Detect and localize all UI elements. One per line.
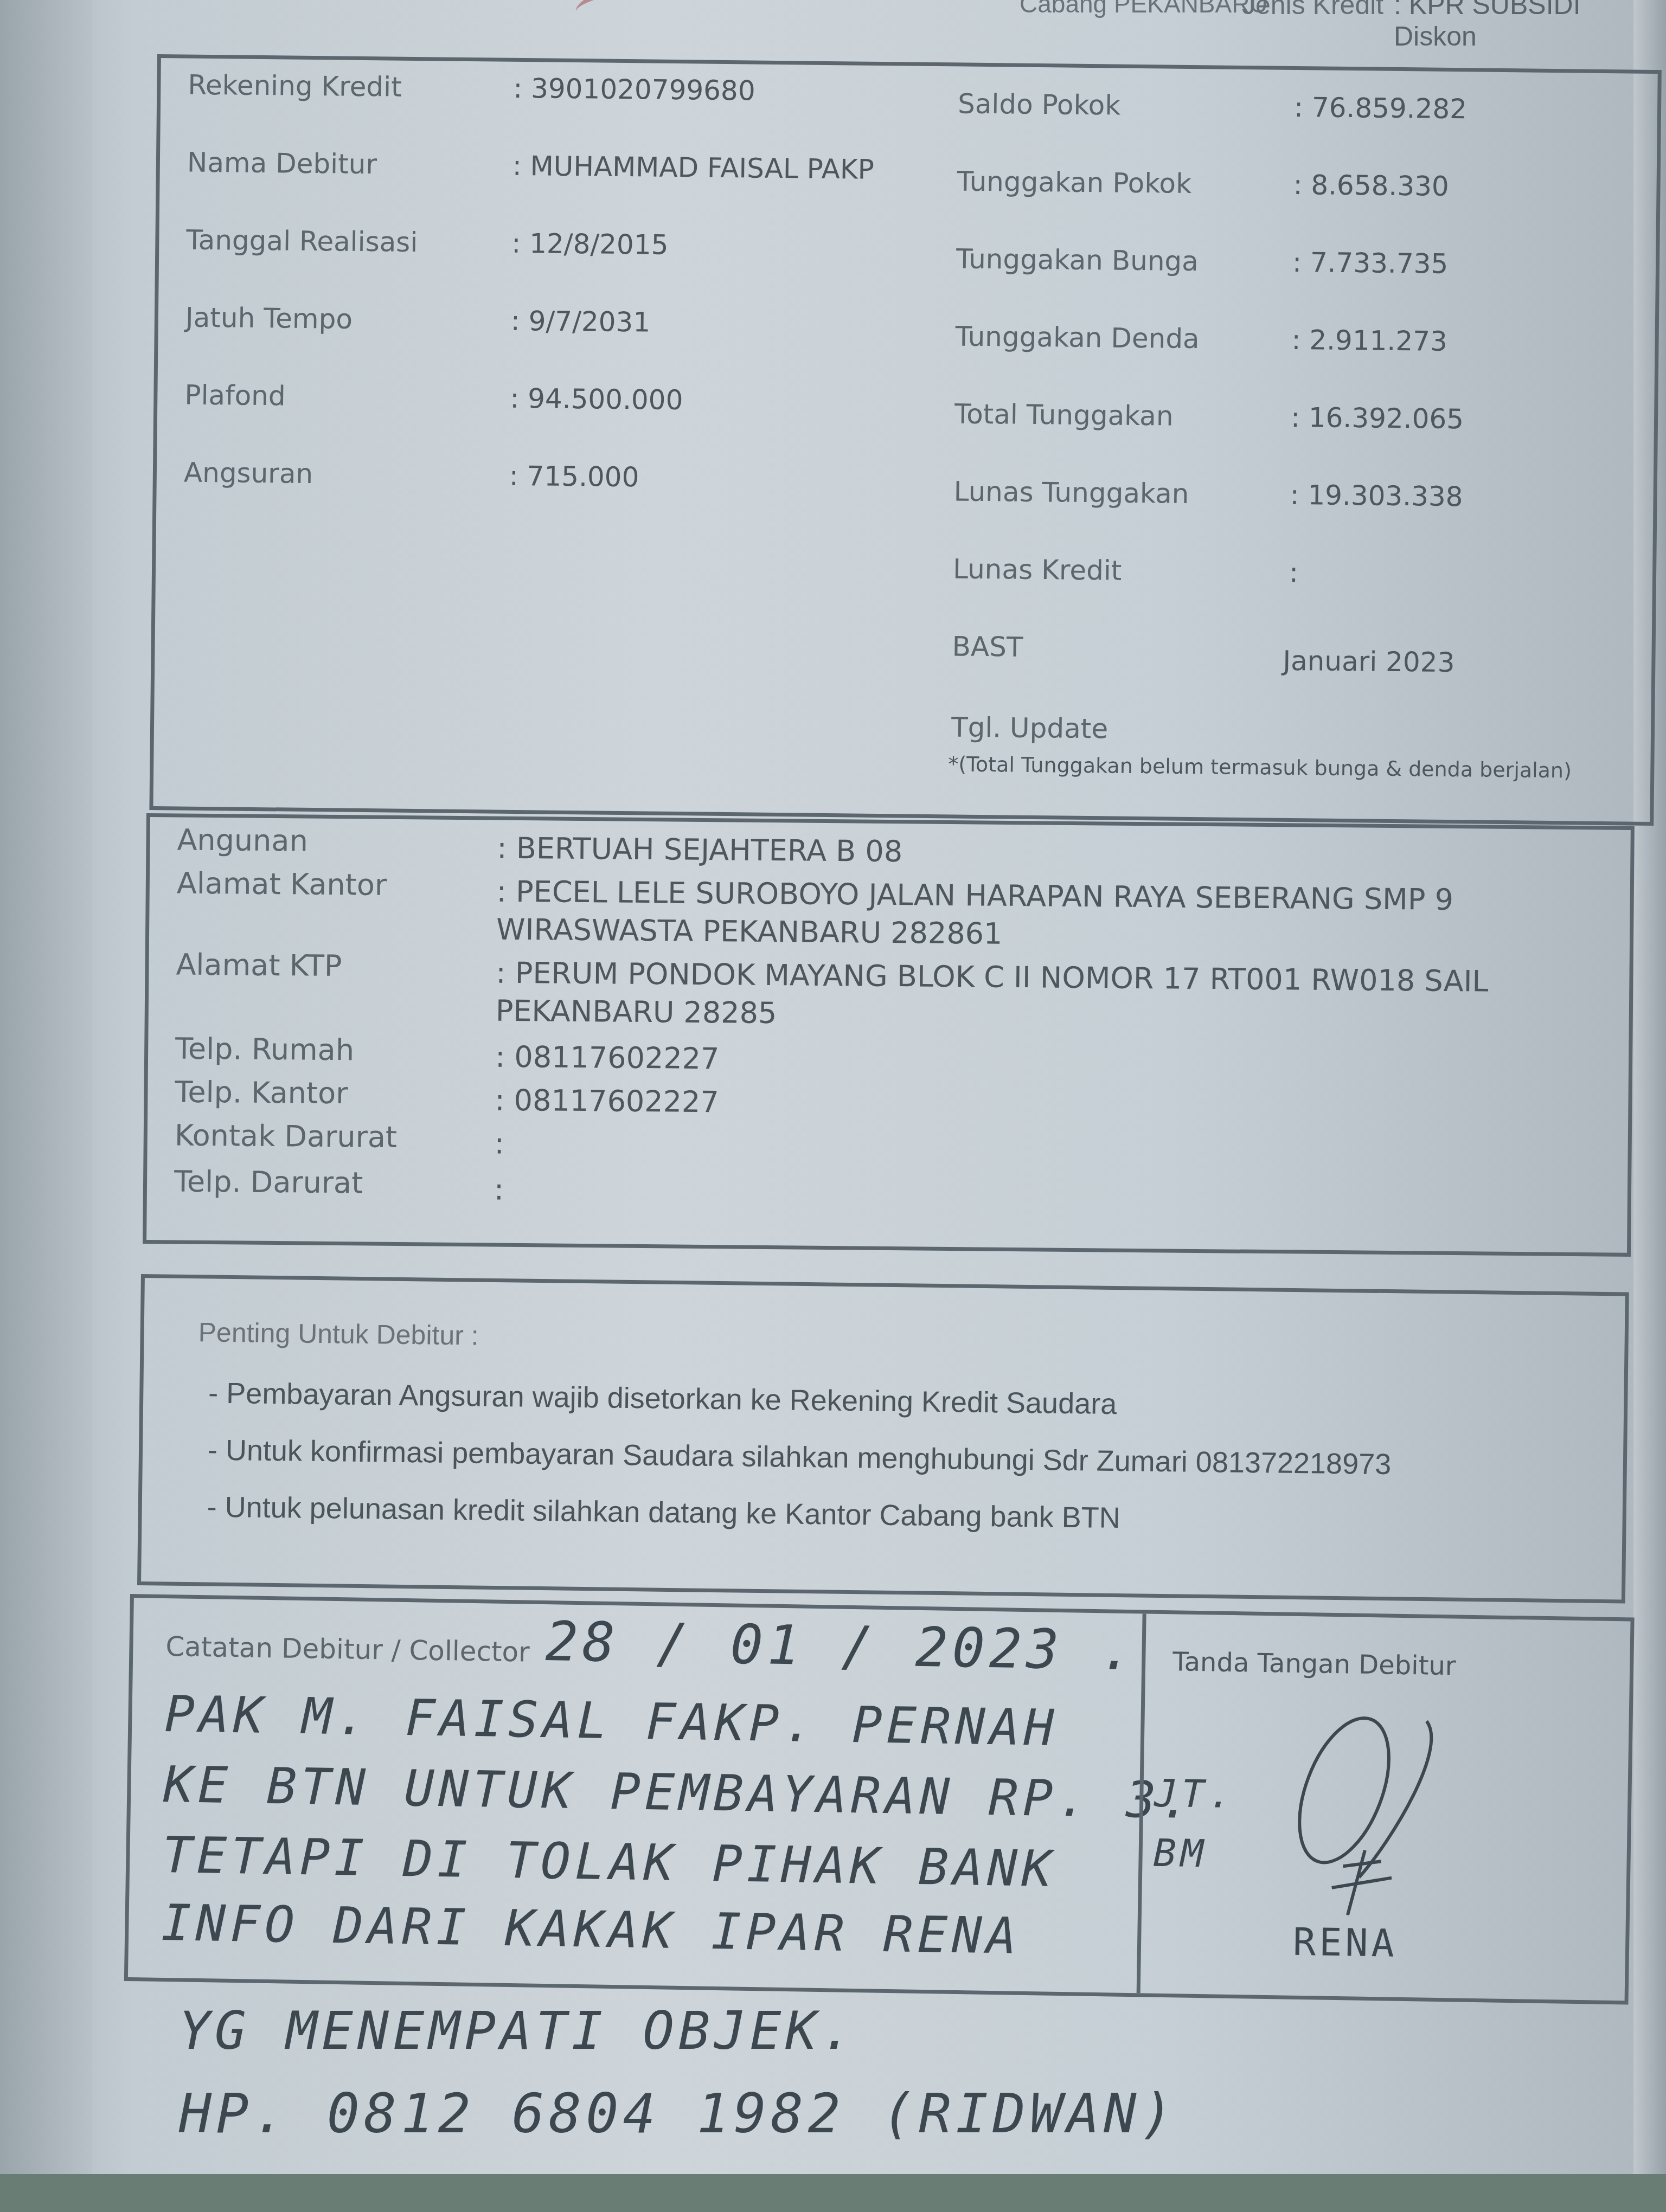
- important-note: - Untuk pelunasan kredit silahkan datang…: [207, 1490, 1120, 1535]
- jenis-kredit-label: Jenis Kredit: [1242, 0, 1383, 21]
- jenis-kredit-value: : KPR SUBSIDI Diskon: [1394, 0, 1659, 52]
- signature-title: Tanda Tangan Debitur: [1172, 1647, 1456, 1681]
- handwritten-line: PAK M. FAISAL FAKP. PERNAH: [164, 1685, 1059, 1757]
- handwritten-line: INFO DARI KAKAK IPAR RENA: [161, 1894, 1021, 1965]
- handwritten-line-below: YG MENEMPATI OBJEK.: [179, 2001, 857, 2061]
- loan-footnote: *(Total Tunggakan belum termasuk bunga &…: [948, 752, 1572, 782]
- important-title: Penting Untuk Debitur :: [198, 1316, 479, 1351]
- handwritten-date: 28 / 01 / 2023 .: [545, 1610, 1138, 1682]
- branch-label: Cabang PEKANBARU: [1020, 0, 1268, 18]
- margin-note: JT.: [1154, 1771, 1236, 1817]
- handwritten-line: KE BTN UNTUK PEMBAYARAN RP. 3.: [163, 1756, 1195, 1830]
- signature-scribble-icon: [1283, 1713, 1459, 1922]
- document-header: Cabang PEKANBARU Jenis Kredit : KPR SUBS…: [163, 0, 1659, 49]
- signature-column: Tanda Tangan Debitur JT. BM RENA: [1137, 1613, 1629, 2001]
- important-note: - Untuk konfirmasi pembayaran Saudara si…: [208, 1433, 1392, 1482]
- paper-shadow-left: [0, 0, 92, 2212]
- bank-logo-mark: [573, 0, 685, 26]
- handwritten-line: TETAPI DI TOLAK PIHAK BANK: [162, 1826, 1057, 1898]
- margin-note: BM: [1153, 1831, 1208, 1876]
- signature-name: RENA: [1293, 1920, 1398, 1966]
- collector-notes-box: Catatan Debitur / Collector 28 / 01 / 20…: [124, 1594, 1635, 2004]
- important-notes-box: Penting Untuk Debitur : - Pembayaran Ang…: [137, 1274, 1629, 1603]
- notes-title: Catatan Debitur / Collector: [165, 1631, 530, 1668]
- collateral-contact-box: Angunan: BERTUAH SEJAHTERA B 08 Alamat K…: [143, 813, 1635, 1257]
- loan-details-box: Rekening Kredit: 3901020799680 Nama Debi…: [149, 54, 1661, 826]
- table-surface: [0, 2174, 1666, 2212]
- important-note: - Pembayaran Angsuran wajib disetorkan k…: [208, 1377, 1117, 1421]
- handwritten-phone: HP. 0812 6804 1982 (RIDWAN): [179, 2082, 1178, 2145]
